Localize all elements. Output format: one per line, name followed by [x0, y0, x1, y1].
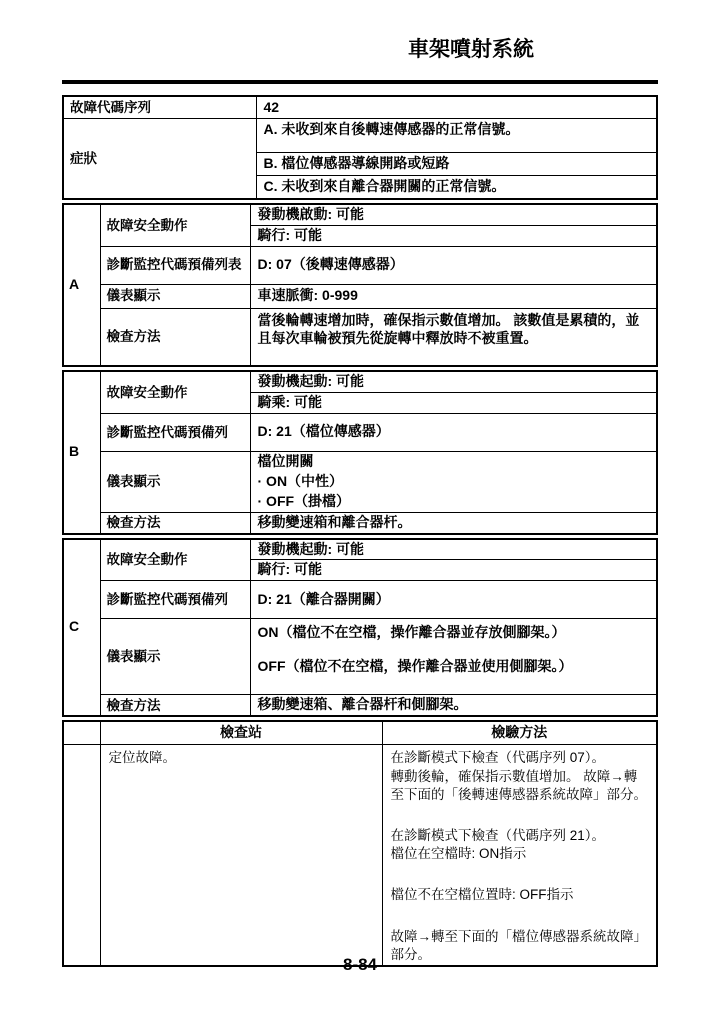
- section-row-label: 檢查方法: [100, 512, 250, 533]
- check-header-row: 檢查站 檢驗方法: [63, 721, 657, 745]
- section-row-label: 儀表顯示: [100, 619, 250, 695]
- section-row-value: 移動變速箱、離合器杆和側腳架。: [250, 695, 657, 716]
- symptom-line: C. 未收到來自離合器開關的正常信號。: [257, 176, 657, 198]
- section-row: 檢查方法移動變速箱、離合器杆和側腳架。: [63, 695, 657, 716]
- value-line: D: 21（離合器開關）: [251, 590, 657, 610]
- section-row-label: 故障安全動作: [100, 371, 250, 413]
- section-row-label: 診斷監控代碼預備列: [100, 413, 250, 451]
- section-row-label: 診斷監控代碼預備列表: [100, 246, 250, 284]
- section-row-value: D: 07（後轉速傳感器）: [250, 246, 657, 284]
- methods-cell: 在診斷模式下檢查（代碼序列 07）。轉動後輪，確保指示數值增加。 故障→轉至下面…: [382, 745, 657, 966]
- symptom-row: 症狀 A. 未收到來自後轉速傳感器的正常信號。B. 檔位傳感器導線開路或短路C.…: [63, 119, 657, 199]
- value-line: D: 21（檔位傳感器）: [251, 422, 657, 442]
- content-area: 故障代碼序列 42 症狀 A. 未收到來自後轉速傳感器的正常信號。B. 檔位傳感…: [62, 95, 658, 970]
- page-title: 車架噴射系統: [408, 33, 534, 63]
- section-row: B故障安全動作發動機起動: 可能騎乘: 可能: [63, 371, 657, 413]
- value-line: 檔位開關: [251, 452, 657, 472]
- section-row-label: 儀表顯示: [100, 451, 250, 512]
- section-row-value: 移動變速箱和離合器杆。: [250, 512, 657, 533]
- value-line: D: 07（後轉速傳感器）: [251, 255, 657, 275]
- section-row-value: 檔位開關· ON（中性）· OFF（掛檔）: [250, 451, 657, 512]
- section-row-label: 儀表顯示: [100, 284, 250, 308]
- check-station-header: 檢查站: [100, 721, 382, 745]
- method-paragraph: 在診斷模式下檢查（代碼序列 21）。檔位在空檔時: ON指示: [391, 827, 651, 863]
- check-method-header: 檢驗方法: [382, 721, 657, 745]
- value-line: 騎行: 可能: [251, 226, 657, 246]
- section-row-label: 故障安全動作: [100, 539, 250, 581]
- section-letter: C: [63, 539, 100, 717]
- section-row-label: 檢查方法: [100, 308, 250, 366]
- page-number: 8-84: [62, 955, 658, 975]
- section-row-value: 發動機啟動: 可能騎行: 可能: [250, 204, 657, 246]
- check-data-row: 定位故障。 在診斷模式下檢查（代碼序列 07）。轉動後輪，確保指示數值增加。 故…: [63, 745, 657, 966]
- section-row: C故障安全動作發動機起動: 可能騎行: 可能: [63, 539, 657, 581]
- section-table-B: B故障安全動作發動機起動: 可能騎乘: 可能診斷監控代碼預備列D: 21（檔位傳…: [62, 370, 658, 534]
- header-rule: [62, 80, 658, 84]
- fault-code-label: 故障代碼序列: [63, 96, 256, 119]
- symptom-lines: A. 未收到來自後轉速傳感器的正常信號。B. 檔位傳感器導線開路或短路C. 未收…: [256, 119, 657, 199]
- value-line: 騎行: 可能: [251, 560, 657, 580]
- value-line: 發動機起動: 可能: [251, 372, 657, 393]
- value-line: 發動機啟動: 可能: [251, 205, 657, 226]
- section-row-value: D: 21（檔位傳感器）: [250, 413, 657, 451]
- method-paragraph: 在診斷模式下檢查（代碼序列 07）。轉動後輪，確保指示數值增加。 故障→轉至下面…: [391, 749, 651, 804]
- section-row: 檢查方法當後輪轉速增加時，確保指示數值增加。 該數值是累積的，並且每次車輪被預先…: [63, 308, 657, 366]
- section-row: 診斷監控代碼預備列D: 21（檔位傳感器）: [63, 413, 657, 451]
- check-table: 檢查站 檢驗方法 定位故障。 在診斷模式下檢查（代碼序列 07）。轉動後輪，確保…: [62, 720, 658, 967]
- section-letter: A: [63, 204, 100, 366]
- section-row-value: ON（檔位不在空檔，操作離合器並存放側腳架。）OFF（檔位不在空檔，操作離合器並…: [250, 619, 657, 695]
- method-paragraph: 檔位不在空檔位置時: OFF指示: [391, 886, 651, 904]
- section-row-value: D: 21（離合器開關）: [250, 581, 657, 619]
- section-row: A故障安全動作發動機啟動: 可能騎行: 可能: [63, 204, 657, 246]
- section-table-C: C故障安全動作發動機起動: 可能騎行: 可能診斷監控代碼預備列D: 21（離合器…: [62, 538, 658, 718]
- fault-code-value: 42: [256, 96, 657, 119]
- value-line: 發動機起動: 可能: [251, 540, 657, 561]
- value-line: OFF（檔位不在空檔，操作離合器並使用側腳架。）: [251, 657, 657, 677]
- section-row: 儀表顯示ON（檔位不在空檔，操作離合器並存放側腳架。）OFF（檔位不在空檔，操作…: [63, 619, 657, 695]
- value-line: ON（檔位不在空檔，操作離合器並存放側腳架。）: [251, 623, 657, 643]
- section-row: 檢查方法移動變速箱和離合器杆。: [63, 512, 657, 533]
- check-header-empty-cell: [63, 721, 100, 745]
- symptom-line: B. 檔位傳感器導線開路或短路: [257, 153, 657, 176]
- value-line: · ON（中性）: [251, 472, 657, 492]
- section-row: 診斷監控代碼預備列D: 21（離合器開關）: [63, 581, 657, 619]
- section-row-label: 檢查方法: [100, 695, 250, 716]
- section-row-label: 診斷監控代碼預備列: [100, 581, 250, 619]
- section-row: 儀表顯示檔位開關· ON（中性）· OFF（掛檔）: [63, 451, 657, 512]
- value-line: 當後輪轉速增加時，確保指示數值增加。 該數值是累積的，並且每次車輪被預先從旋轉中…: [251, 311, 657, 349]
- fault-code-row: 故障代碼序列 42: [63, 96, 657, 119]
- sections-host: A故障安全動作發動機啟動: 可能騎行: 可能診斷監控代碼預備列表D: 07（後轉…: [62, 203, 658, 717]
- fault-code-table: 故障代碼序列 42 症狀 A. 未收到來自後轉速傳感器的正常信號。B. 檔位傳感…: [62, 95, 658, 200]
- value-line: 移動變速箱和離合器杆。: [251, 513, 657, 533]
- value-line: [251, 643, 657, 657]
- section-row-value: 發動機起動: 可能騎行: 可能: [250, 539, 657, 581]
- value-line: 車速脈衝: 0-999: [251, 286, 657, 306]
- section-row-value: 當後輪轉速增加時，確保指示數值增加。 該數值是累積的，並且每次車輪被預先從旋轉中…: [250, 308, 657, 366]
- section-row: 儀表顯示車速脈衝: 0-999: [63, 284, 657, 308]
- value-line: · OFF（掛檔）: [251, 492, 657, 512]
- section-row-value: 發動機起動: 可能騎乘: 可能: [250, 371, 657, 413]
- section-row-value: 車速脈衝: 0-999: [250, 284, 657, 308]
- section-row-label: 故障安全動作: [100, 204, 250, 246]
- section-row: 診斷監控代碼預備列表D: 07（後轉速傳感器）: [63, 246, 657, 284]
- value-line: 騎乘: 可能: [251, 393, 657, 413]
- section-table-A: A故障安全動作發動機啟動: 可能騎行: 可能診斷監控代碼預備列表D: 07（後轉…: [62, 203, 658, 367]
- symptom-line: A. 未收到來自後轉速傳感器的正常信號。: [257, 119, 657, 153]
- section-letter: B: [63, 371, 100, 533]
- symptom-label: 症狀: [63, 119, 256, 199]
- value-line: 移動變速箱、離合器杆和側腳架。: [251, 695, 657, 715]
- check-empty-cell: [63, 745, 100, 966]
- check-station-cell: 定位故障。: [100, 745, 382, 966]
